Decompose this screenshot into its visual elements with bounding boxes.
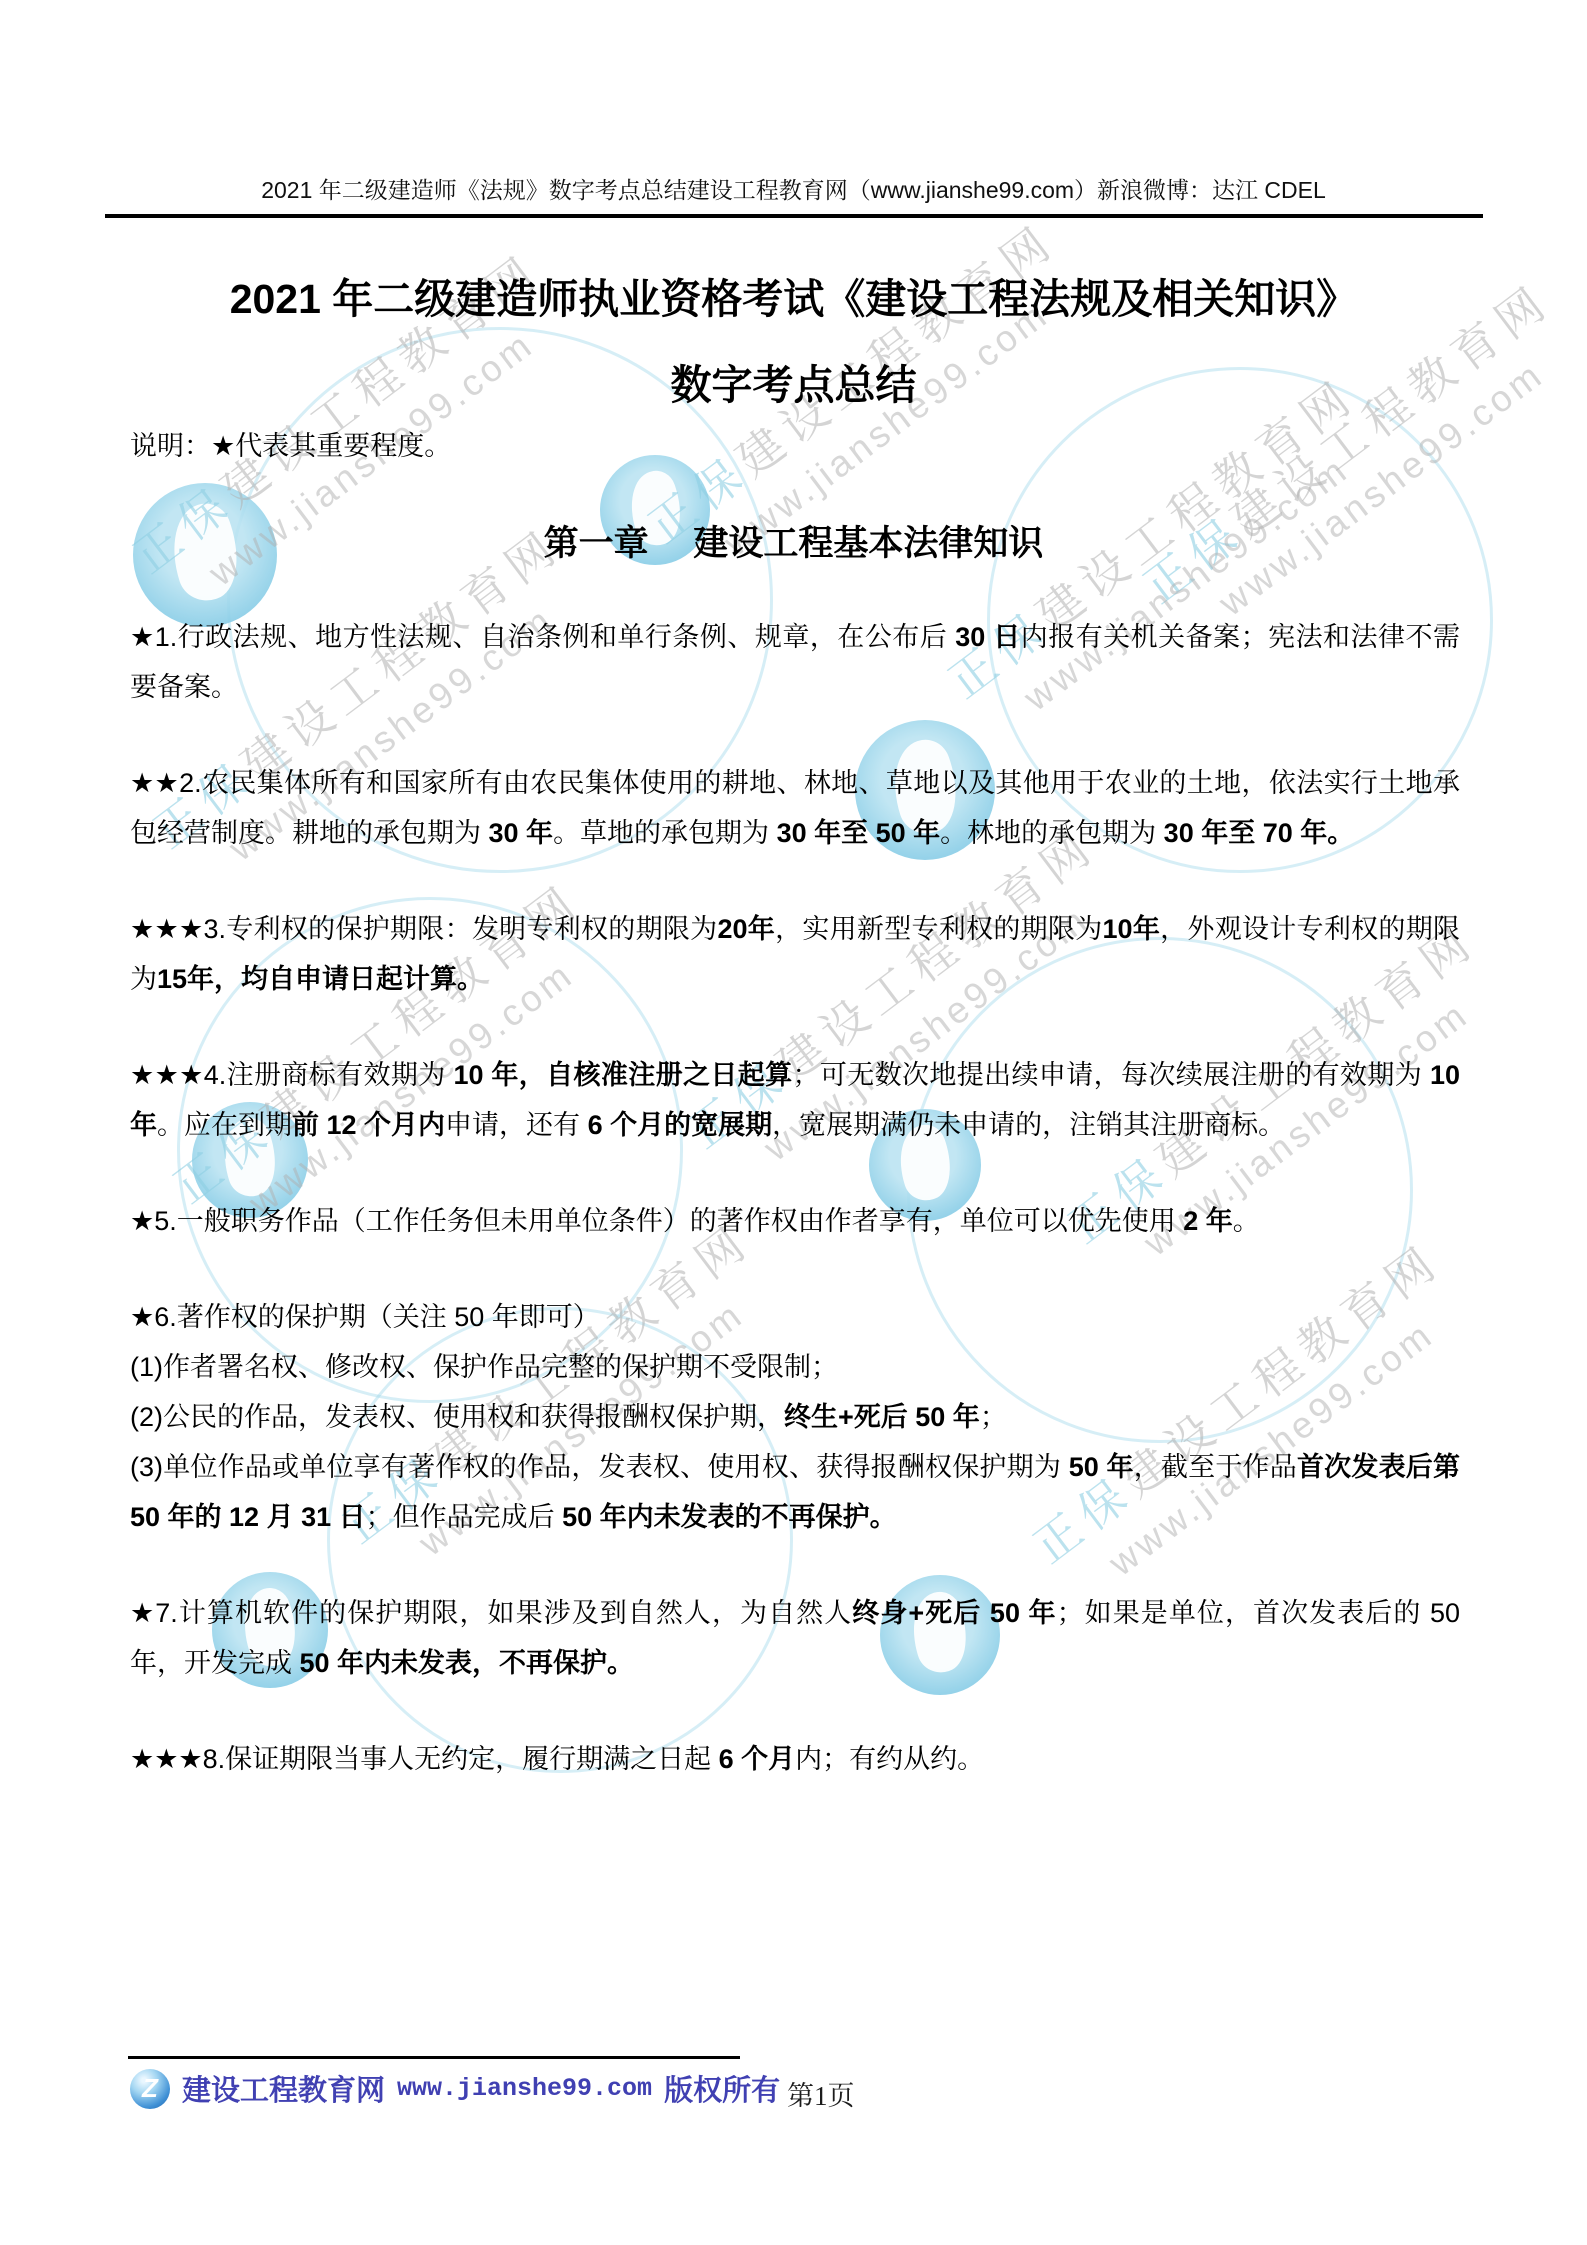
text-run: ，宽展期满仍未申请的，注销其注册商标。	[772, 1110, 1285, 1140]
page-title-line1: 2021 年二级建造师执业资格考试《建设工程法规及相关知识》	[0, 266, 1587, 325]
footer-brand: 建设工程教育网	[182, 2068, 385, 2109]
bold-run: 前 12 个月内	[292, 1110, 445, 1140]
text-run: ；但作品完成后	[366, 1502, 563, 1532]
bold-run: 6 个月的宽展期	[588, 1110, 773, 1140]
bold-run: 50 年内未发表的不再保护。	[562, 1502, 897, 1532]
text-run: 内；有约从约。	[795, 1744, 984, 1774]
paragraph: (2)公民的作品，发表权、使用权和获得报酬权保护期，终生+死后 50 年；	[130, 1392, 1460, 1442]
bold-run: 2 年	[1183, 1206, 1233, 1236]
paragraph: ★6.著作权的保护期（关注 50 年即可）	[130, 1292, 1460, 1342]
bold-run: 50 年内未发表，不再保护。	[300, 1648, 635, 1678]
bold-run: 6 个月	[719, 1744, 796, 1774]
bold-run: 30 年至 50 年	[777, 818, 941, 848]
header-text: 2021 年二级建造师《法规》数字考点总结建设工程教育网（www.jianshe…	[0, 172, 1587, 205]
text-run: ★★★3.专利权的保护期限：发明专利权的期限为	[130, 914, 717, 944]
bold-run: 30 年至 70 年。	[1164, 818, 1355, 848]
paragraph: ★★★3.专利权的保护期限：发明专利权的期限为20年，实用新型专利权的期限为10…	[130, 904, 1460, 1004]
text-run: (1)作者署名权、修改权、保护作品完整的保护期不受限制；	[130, 1352, 838, 1382]
importance-note: 说明：★代表其重要程度。	[130, 424, 451, 463]
bold-run: 20年	[717, 914, 775, 944]
text-run: ★1.行政法规、地方性法规、自治条例和单行条例、规章，在公布后	[130, 622, 955, 652]
paragraph: ★7.计算机软件的保护期限，如果涉及到自然人，为自然人终身+死后 50 年；如果…	[130, 1588, 1460, 1688]
bold-run: 终身+死后 50 年	[852, 1598, 1056, 1628]
text-run: ★6.著作权的保护期（关注 50 年即可）	[130, 1302, 600, 1332]
footer-divider	[128, 2056, 740, 2059]
page-number: 第1页	[787, 2074, 855, 2113]
content-paragraphs: ★1.行政法规、地方性法规、自治条例和单行条例、规章，在公布后 30 日内报有关…	[130, 612, 1460, 1830]
text-run: ，截至于作品	[1134, 1452, 1297, 1482]
text-run: 申请，还有	[445, 1110, 588, 1140]
text-run: ★★★4.注册商标有效期为	[130, 1060, 453, 1090]
text-run: ★7.计算机软件的保护期限，如果涉及到自然人，为自然人	[130, 1598, 852, 1628]
footer: Z 建设工程教育网 www.jianshe99.com 版权所有	[130, 2068, 780, 2109]
paragraph: (3)单位作品或单位享有著作权的作品，发表权、使用权、获得报酬权保护期为 50 …	[130, 1442, 1460, 1542]
chapter-heading: 第一章 建设工程基本法律知识	[0, 516, 1587, 566]
bold-run: 15年，均自申请日起计算。	[157, 964, 484, 994]
bold-run: 10年	[1103, 914, 1161, 944]
header-divider	[105, 214, 1483, 218]
page-title-line2: 数字考点总结	[0, 352, 1587, 411]
bold-run: 50 年	[1069, 1452, 1134, 1482]
footer-url: www.jianshe99.com	[397, 2074, 652, 2103]
paragraph: ★★2.农民集体所有和国家所有由农民集体使用的耕地、林地、草地以及其他用于农业的…	[130, 758, 1460, 858]
jianshe99-logo-icon: Z	[130, 2069, 170, 2109]
text-run: 。	[1233, 1206, 1260, 1236]
text-run: 。应在到期	[157, 1110, 292, 1140]
footer-rights: 版权所有	[664, 2068, 780, 2109]
text-run: (3)单位作品或单位享有著作权的作品，发表权、使用权、获得报酬权保护期为	[130, 1452, 1069, 1482]
document-page: 正保建设工程教育网www.jianshe99.com正保建设工程教育网www.j…	[0, 0, 1587, 2245]
logo-glyph: Z	[130, 2069, 170, 2109]
paragraph: (1)作者署名权、修改权、保护作品完整的保护期不受限制；	[130, 1342, 1460, 1392]
text-run: ★5.一般职务作品（工作任务但未用单位条件）的著作权由作者享有，单位可以优先使用	[130, 1206, 1183, 1236]
bold-run: 10 年，自核准注册之日起算	[453, 1060, 792, 1090]
bold-run: 30 年	[489, 818, 554, 848]
paragraph: ★★★4.注册商标有效期为 10 年，自核准注册之日起算；可无数次地提出续申请，…	[130, 1050, 1460, 1150]
paragraph: ★★★8.保证期限当事人无约定，履行期满之日起 6 个月内；有约从约。	[130, 1734, 1460, 1784]
text-run: ；	[980, 1402, 1007, 1432]
text-run: (2)公民的作品，发表权、使用权和获得报酬权保护期，	[130, 1402, 784, 1432]
paragraph: ★5.一般职务作品（工作任务但未用单位条件）的著作权由作者享有，单位可以优先使用…	[130, 1196, 1460, 1246]
paragraph: ★1.行政法规、地方性法规、自治条例和单行条例、规章，在公布后 30 日内报有关…	[130, 612, 1460, 712]
bold-run: 30 日	[955, 622, 1021, 652]
text-run: ；可无数次地提出续申请，每次续展注册的有效期为	[793, 1060, 1430, 1090]
bold-run: 终生+死后 50 年	[784, 1402, 980, 1432]
text-run: ★★★8.保证期限当事人无约定，履行期满之日起	[130, 1744, 719, 1774]
text-run: 。林地的承包期为	[940, 818, 1164, 848]
text-run: 。草地的承包期为	[553, 818, 777, 848]
text-run: ，实用新型专利权的期限为	[775, 914, 1102, 944]
